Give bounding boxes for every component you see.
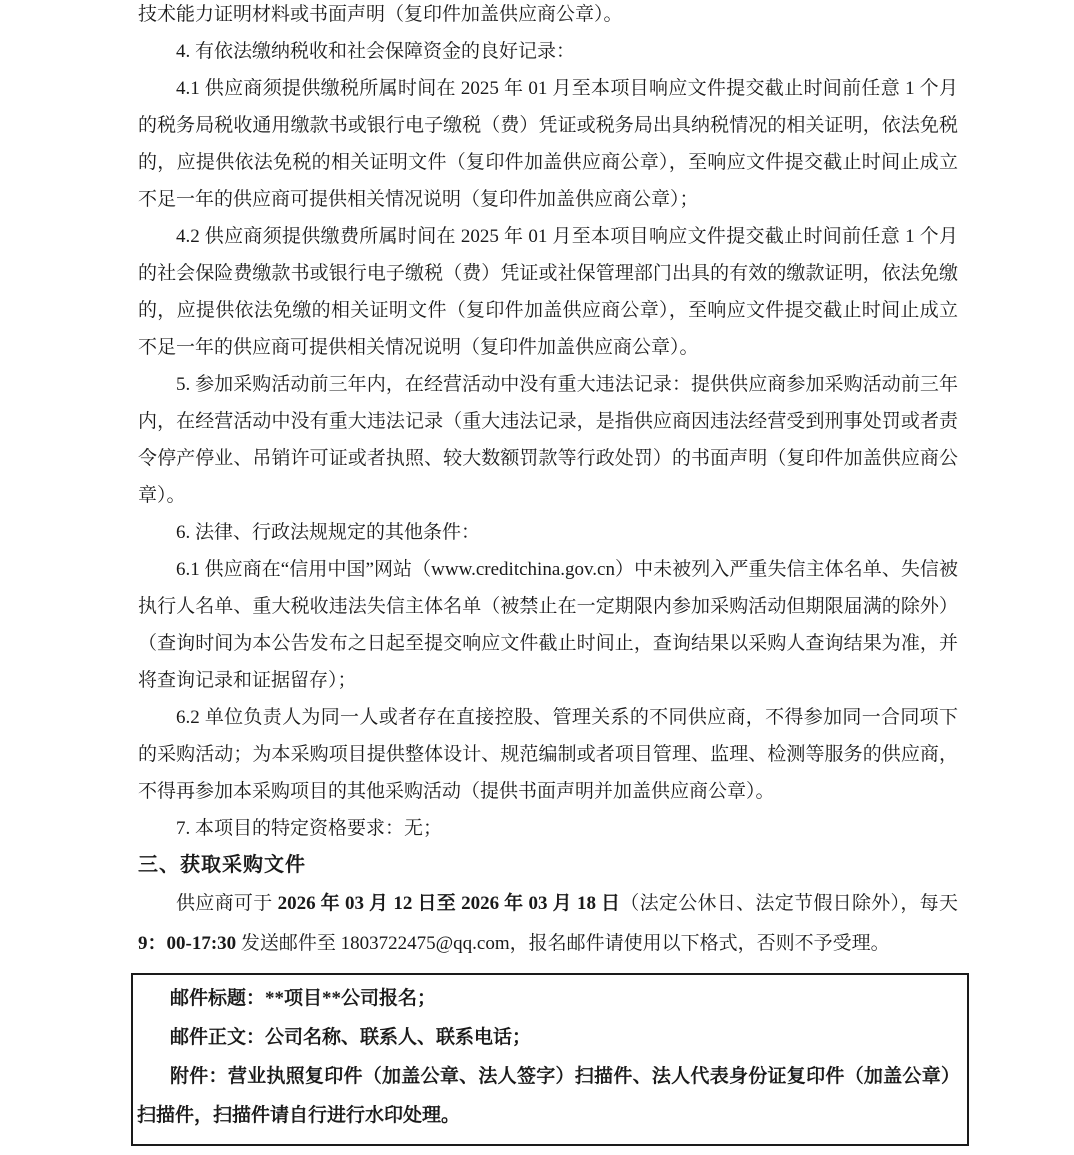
mail-attachment-line: 附件：营业执照复印件（加盖公章、法人签字）扫描件、法人代表身份证复印件（加盖公章… — [137, 1057, 960, 1135]
text-run: （法定公休日、法定节假日除外），每天 — [620, 893, 958, 914]
text-run: 4.1 供应商须提供缴税所属时间在 2025 年 01 月至本项目响应文件提交截… — [138, 78, 958, 210]
text-run: 技术能力证明材料或书面声明（复印件加盖供应商公章）。 — [138, 4, 623, 25]
text-run: ，报名邮件请使用以下格式，否则不予受理。 — [510, 933, 890, 954]
section-heading: 三、获取采购文件 — [138, 847, 958, 884]
text-run: 邮件标题：**项目**公司报名； — [170, 988, 436, 1009]
paragraph: 4.1 供应商须提供缴税所属时间在 2025 年 01 月至本项目响应文件提交截… — [138, 70, 958, 218]
document-page: 技术能力证明材料或书面声明（复印件加盖供应商公章）。4. 有依法缴纳税收和社会保… — [0, 0, 1074, 1155]
text-run: 4. 有依法缴纳税收和社会保障资金的良好记录： — [176, 41, 575, 62]
paragraph: 5. 参加采购活动前三年内，在经营活动中没有重大违法记录：提供供应商参加采购活动… — [138, 366, 958, 514]
text-run: 附件：营业执照复印件（加盖公章、法人签字）扫描件、法人代表身份证复印件（加盖公章… — [137, 1066, 960, 1126]
text-run: 5. 参加采购活动前三年内，在经营活动中没有重大违法记录：提供供应商参加采购活动… — [138, 374, 958, 506]
text-run: 三、获取采购文件 — [138, 854, 306, 876]
text-run: 6.1 供应商在“信用中国”网站（www.creditchina.gov.cn）… — [138, 559, 958, 691]
mail-subject-line: 邮件标题：**项目**公司报名； — [137, 979, 960, 1018]
paragraph: 6. 法律、行政法规规定的其他条件： — [138, 514, 958, 551]
paragraph: 6.2 单位负责人为同一人或者存在直接控股、管理关系的不同供应商，不得参加同一合… — [138, 699, 958, 810]
paragraph: 6.1 供应商在“信用中国”网站（www.creditchina.gov.cn）… — [138, 551, 958, 699]
document-obtain-date-range: 2026 年 03 月 12 日至 2026 年 03 月 18 日 — [278, 893, 621, 914]
document-body: 技术能力证明材料或书面声明（复印件加盖供应商公章）。4. 有依法缴纳税收和社会保… — [138, 0, 958, 1146]
text-run: 邮件正文：公司名称、联系人、联系电话； — [170, 1027, 531, 1048]
text-run: 4.2 供应商须提供缴费所属时间在 2025 年 01 月至本项目响应文件提交截… — [138, 226, 958, 358]
text-run: 供应商可于 — [176, 893, 278, 914]
daily-time-range: 9：00-17:30 — [138, 933, 236, 954]
text-run: 6.2 单位负责人为同一人或者存在直接控股、管理关系的不同供应商，不得参加同一合… — [138, 707, 958, 802]
text-run: 6. 法律、行政法规规定的其他条件： — [176, 522, 480, 543]
mail-format-box: 邮件标题：**项目**公司报名；邮件正文：公司名称、联系人、联系电话；附件：营业… — [131, 973, 969, 1146]
text-run: 7. 本项目的特定资格要求：无； — [176, 818, 442, 839]
paragraph: 4.2 供应商须提供缴费所属时间在 2025 年 01 月至本项目响应文件提交截… — [138, 218, 958, 366]
mail-body-line: 邮件正文：公司名称、联系人、联系电话； — [137, 1018, 960, 1057]
email-address: 1803722475@qq.com — [341, 933, 510, 954]
paragraph: 7. 本项目的特定资格要求：无； — [138, 810, 958, 847]
paragraph: 4. 有依法缴纳税收和社会保障资金的良好记录： — [138, 33, 958, 70]
text-run: 发送邮件至 — [236, 933, 341, 954]
paragraph: 技术能力证明材料或书面声明（复印件加盖供应商公章）。 — [138, 0, 958, 33]
obtain-documents-paragraph: 供应商可于 2026 年 03 月 12 日至 2026 年 03 月 18 日… — [138, 884, 958, 964]
